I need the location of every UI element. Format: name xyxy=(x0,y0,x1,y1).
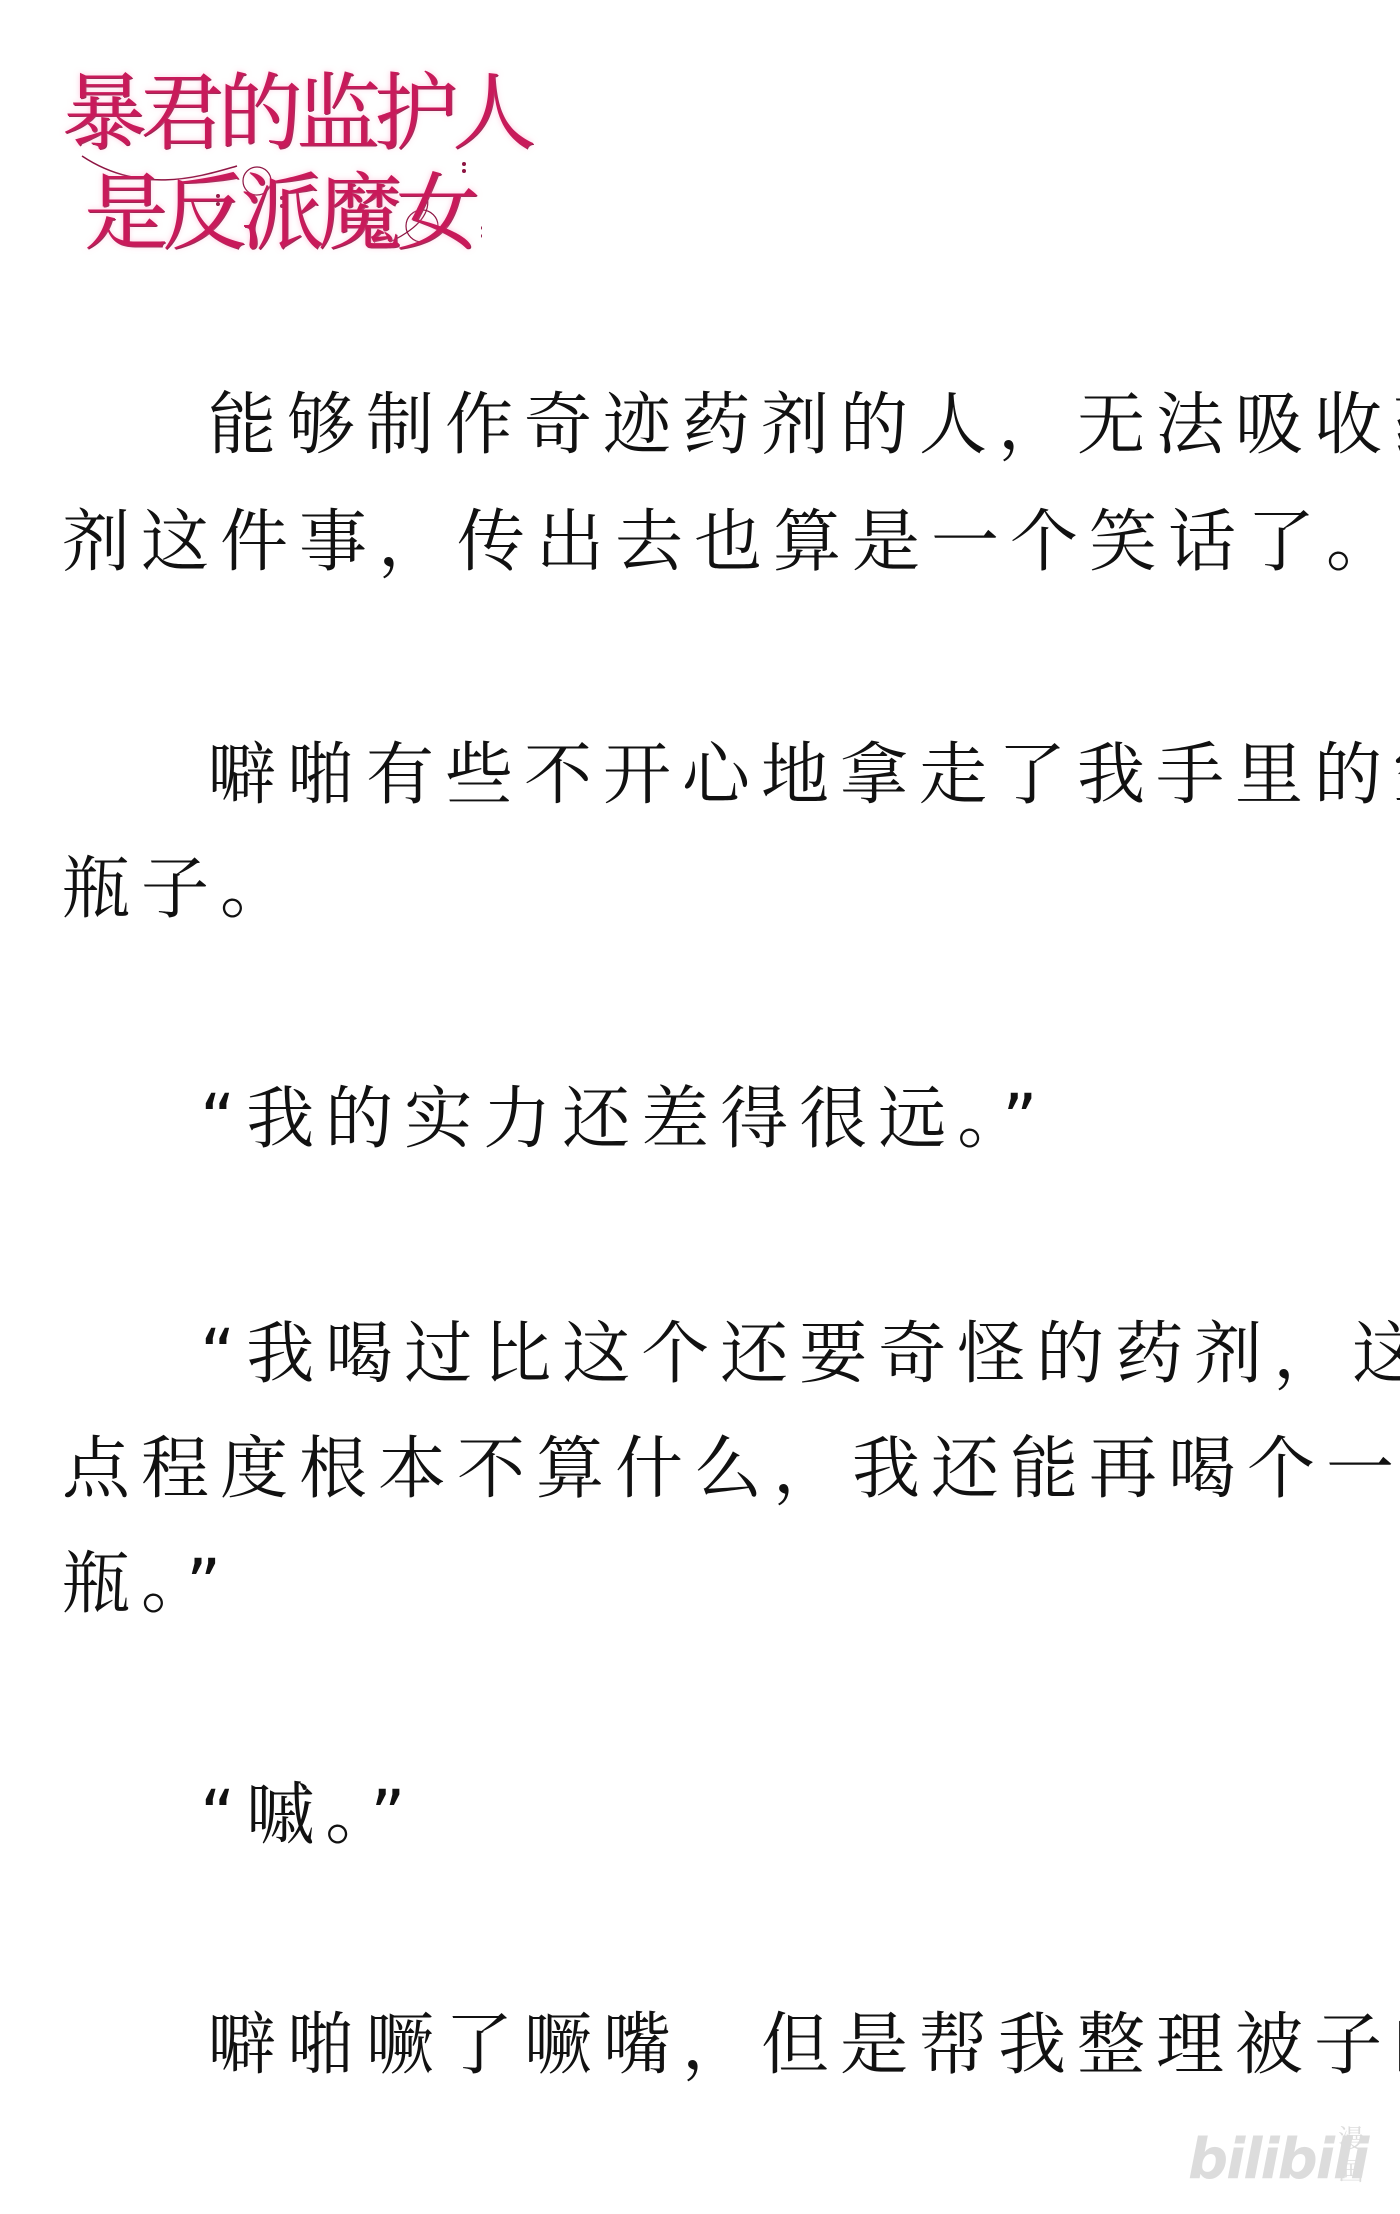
paragraph-5-line-1: “嘁。” xyxy=(200,1776,416,1856)
paragraph-2-line-1: 噼啪有些不开心地拿走了我手里的空 xyxy=(208,736,1400,816)
comic-title-logo: 暴君的监护人 是反派魔女 xyxy=(62,46,482,256)
watermark-sub: 漫画 xyxy=(1338,2124,1368,2188)
paragraph-4-line-3: 瓶。” xyxy=(62,1545,232,1625)
logo-title-line-2: 是反派魔女 xyxy=(84,146,474,267)
paragraph-6-line-1: 噼啪噘了噘嘴，但是帮我整理被子的 xyxy=(208,2006,1400,2086)
paragraph-1-line-2: 剂这件事，传出去也算是一个笑话了。 xyxy=(62,503,1400,583)
paragraph-1-line-1: 能够制作奇迹药剂的人，无法吸收药 xyxy=(208,386,1400,466)
paragraph-4-line-1: “我喝过比这个还要奇怪的药剂，这 xyxy=(200,1315,1400,1395)
paragraph-2-line-2: 瓶子。 xyxy=(62,850,299,930)
bilibili-manhua-watermark: bilibili 漫画 xyxy=(1188,2122,1388,2198)
paragraph-4-line-2: 点程度根本不算什么，我还能再喝个一百 xyxy=(62,1430,1400,1510)
paragraph-3-line-1: “我的实力还差得很远。” xyxy=(200,1080,1048,1160)
